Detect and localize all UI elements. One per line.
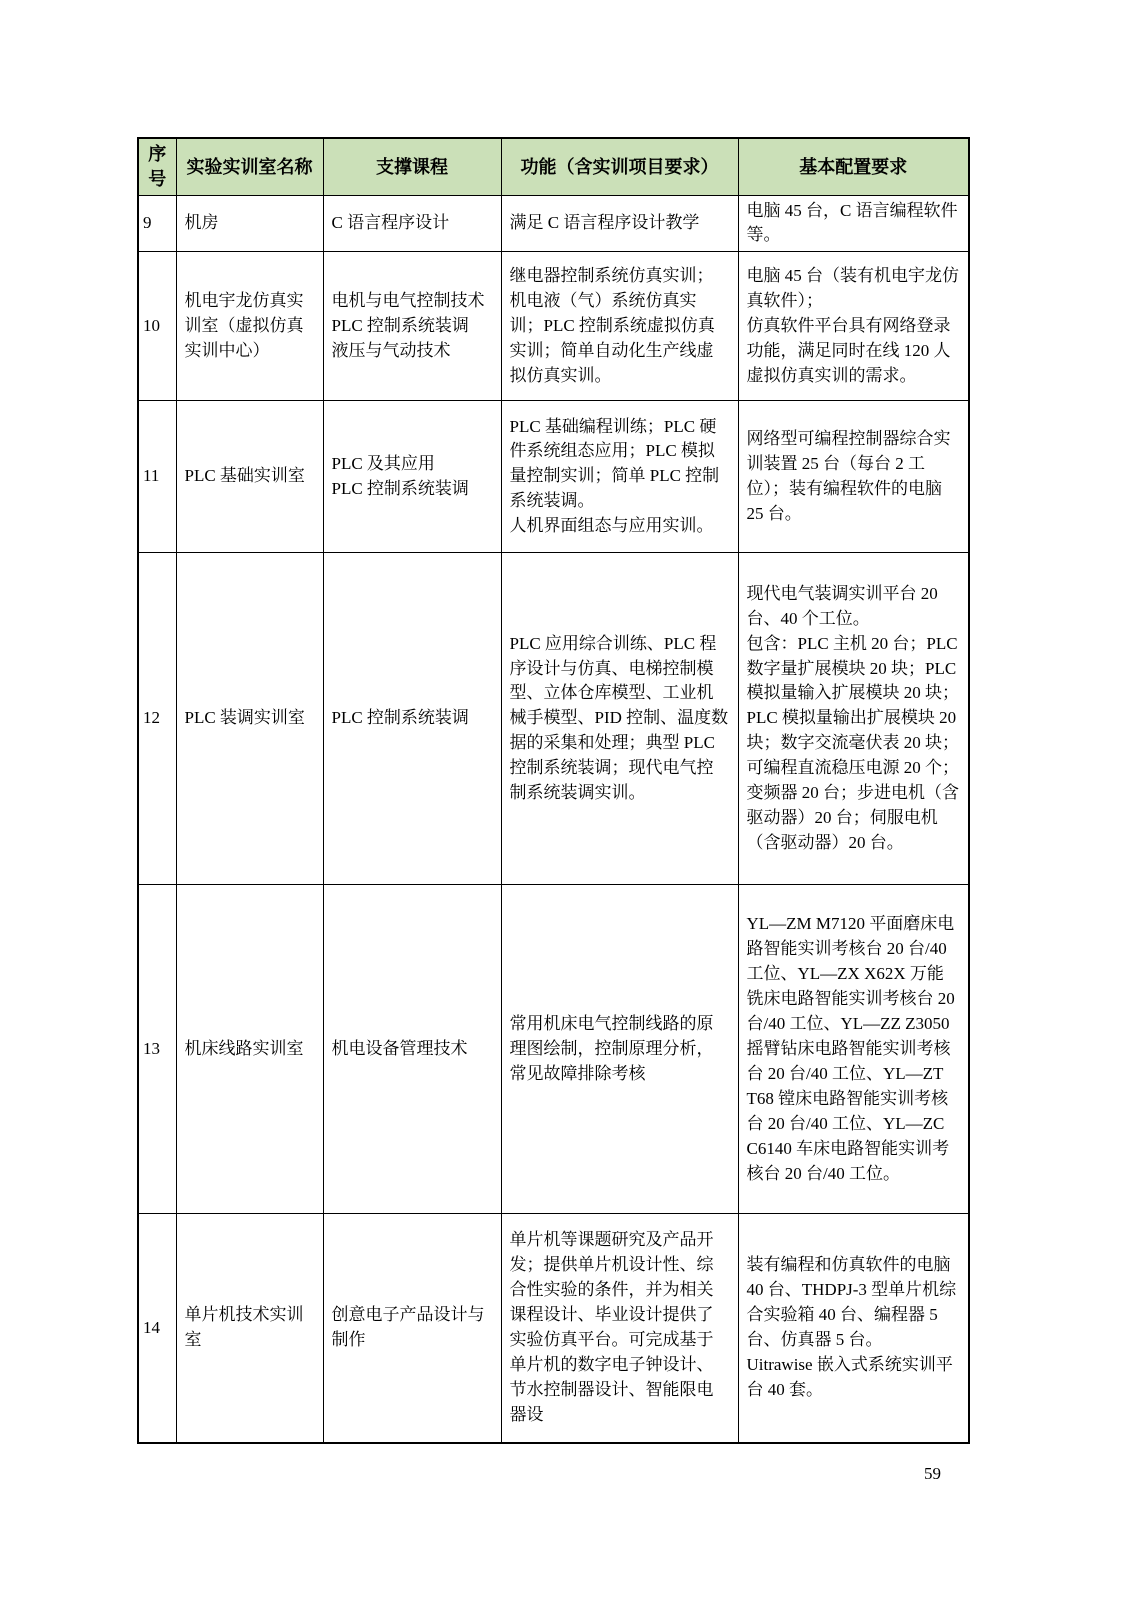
lab-name-cell: 单片机技术实训室 [176, 1214, 323, 1443]
row-number-cell: 14 [138, 1214, 176, 1443]
lab-name-cell: 机房 [176, 195, 323, 252]
row-number-cell: 9 [138, 195, 176, 252]
config-cell: 网络型可编程控制器综合实训装置 25 台（每台 2 工位）；装有编程软件的电脑 … [738, 401, 969, 553]
table-row: 11 PLC 基础实训室 PLC 及其应用 PLC 控制系统装调 PLC 基础编… [138, 401, 969, 553]
courses-cell: 创意电子产品设计与制作 [323, 1214, 501, 1443]
row-number-cell: 10 [138, 252, 176, 401]
table-row: 9 机房 C 语言程序设计 满足 C 语言程序设计教学 电脑 45 台，C 语言… [138, 195, 969, 252]
row-number-cell: 13 [138, 885, 176, 1214]
courses-cell: 电机与电气控制技术 PLC 控制系统装调 液压与气动技术 [323, 252, 501, 401]
config-cell: 装有编程和仿真软件的电脑 40 台、THDPJ-3 型单片机综合实验箱 40 台… [738, 1214, 969, 1443]
lab-name-cell: PLC 装调实训室 [176, 553, 323, 885]
header-config: 基本配置要求 [738, 138, 969, 195]
functions-cell: 常用机床电气控制线路的原理图绘制，控制原理分析，常见故障排除考核 [501, 885, 738, 1214]
document-page: 序号 实验实训室名称 支撑课程 功能（含实训项目要求） 基本配置要求 9 机房 … [0, 0, 1131, 1600]
table-row: 12 PLC 装调实训室 PLC 控制系统装调 PLC 应用综合训练、PLC 程… [138, 553, 969, 885]
functions-cell: PLC 基础编程训练；PLC 硬件系统组态应用；PLC 模拟量控制实训；简单 P… [501, 401, 738, 553]
row-number-cell: 11 [138, 401, 176, 553]
courses-cell: PLC 及其应用 PLC 控制系统装调 [323, 401, 501, 553]
courses-cell: 机电设备管理技术 [323, 885, 501, 1214]
table-row: 13 机床线路实训室 机电设备管理技术 常用机床电气控制线路的原理图绘制，控制原… [138, 885, 969, 1214]
config-cell: YL—ZM M7120 平面磨床电路智能实训考核台 20 台/40 工位、YL—… [738, 885, 969, 1214]
header-row-number: 序号 [138, 138, 176, 195]
table-row: 14 单片机技术实训室 创意电子产品设计与制作 单片机等课题研究及产品开发；提供… [138, 1214, 969, 1443]
header-courses: 支撑课程 [323, 138, 501, 195]
config-cell: 现代电气装调实训平台 20 台、40 个工位。 包含：PLC 主机 20 台；P… [738, 553, 969, 885]
row-number-cell: 12 [138, 553, 176, 885]
table-row: 10 机电宇龙仿真实训室（虚拟仿真实训中心） 电机与电气控制技术 PLC 控制系… [138, 252, 969, 401]
functions-cell: 满足 C 语言程序设计教学 [501, 195, 738, 252]
functions-cell: PLC 应用综合训练、PLC 程序设计与仿真、电梯控制模型、立体仓库模型、工业机… [501, 553, 738, 885]
functions-cell: 单片机等课题研究及产品开发；提供单片机设计性、综合性实验的条件，并为相关课程设计… [501, 1214, 738, 1443]
lab-name-cell: 机床线路实训室 [176, 885, 323, 1214]
header-lab-name: 实验实训室名称 [176, 138, 323, 195]
courses-cell: C 语言程序设计 [323, 195, 501, 252]
functions-cell: 继电器控制系统仿真实训；机电液（气）系统仿真实训；PLC 控制系统虚拟仿真实训；… [501, 252, 738, 401]
config-cell: 电脑 45 台（装有机电宇龙仿真软件）； 仿真软件平台具有网络登录功能，满足同时… [738, 252, 969, 401]
lab-name-cell: PLC 基础实训室 [176, 401, 323, 553]
courses-cell: PLC 控制系统装调 [323, 553, 501, 885]
lab-name-cell: 机电宇龙仿真实训室（虚拟仿真实训中心） [176, 252, 323, 401]
header-functions: 功能（含实训项目要求） [501, 138, 738, 195]
config-cell: 电脑 45 台，C 语言编程软件等。 [738, 195, 969, 252]
lab-configuration-table: 序号 实验实训室名称 支撑课程 功能（含实训项目要求） 基本配置要求 9 机房 … [137, 137, 970, 1444]
table-header-row: 序号 实验实训室名称 支撑课程 功能（含实训项目要求） 基本配置要求 [138, 138, 969, 195]
page-number: 59 [924, 1464, 941, 1484]
